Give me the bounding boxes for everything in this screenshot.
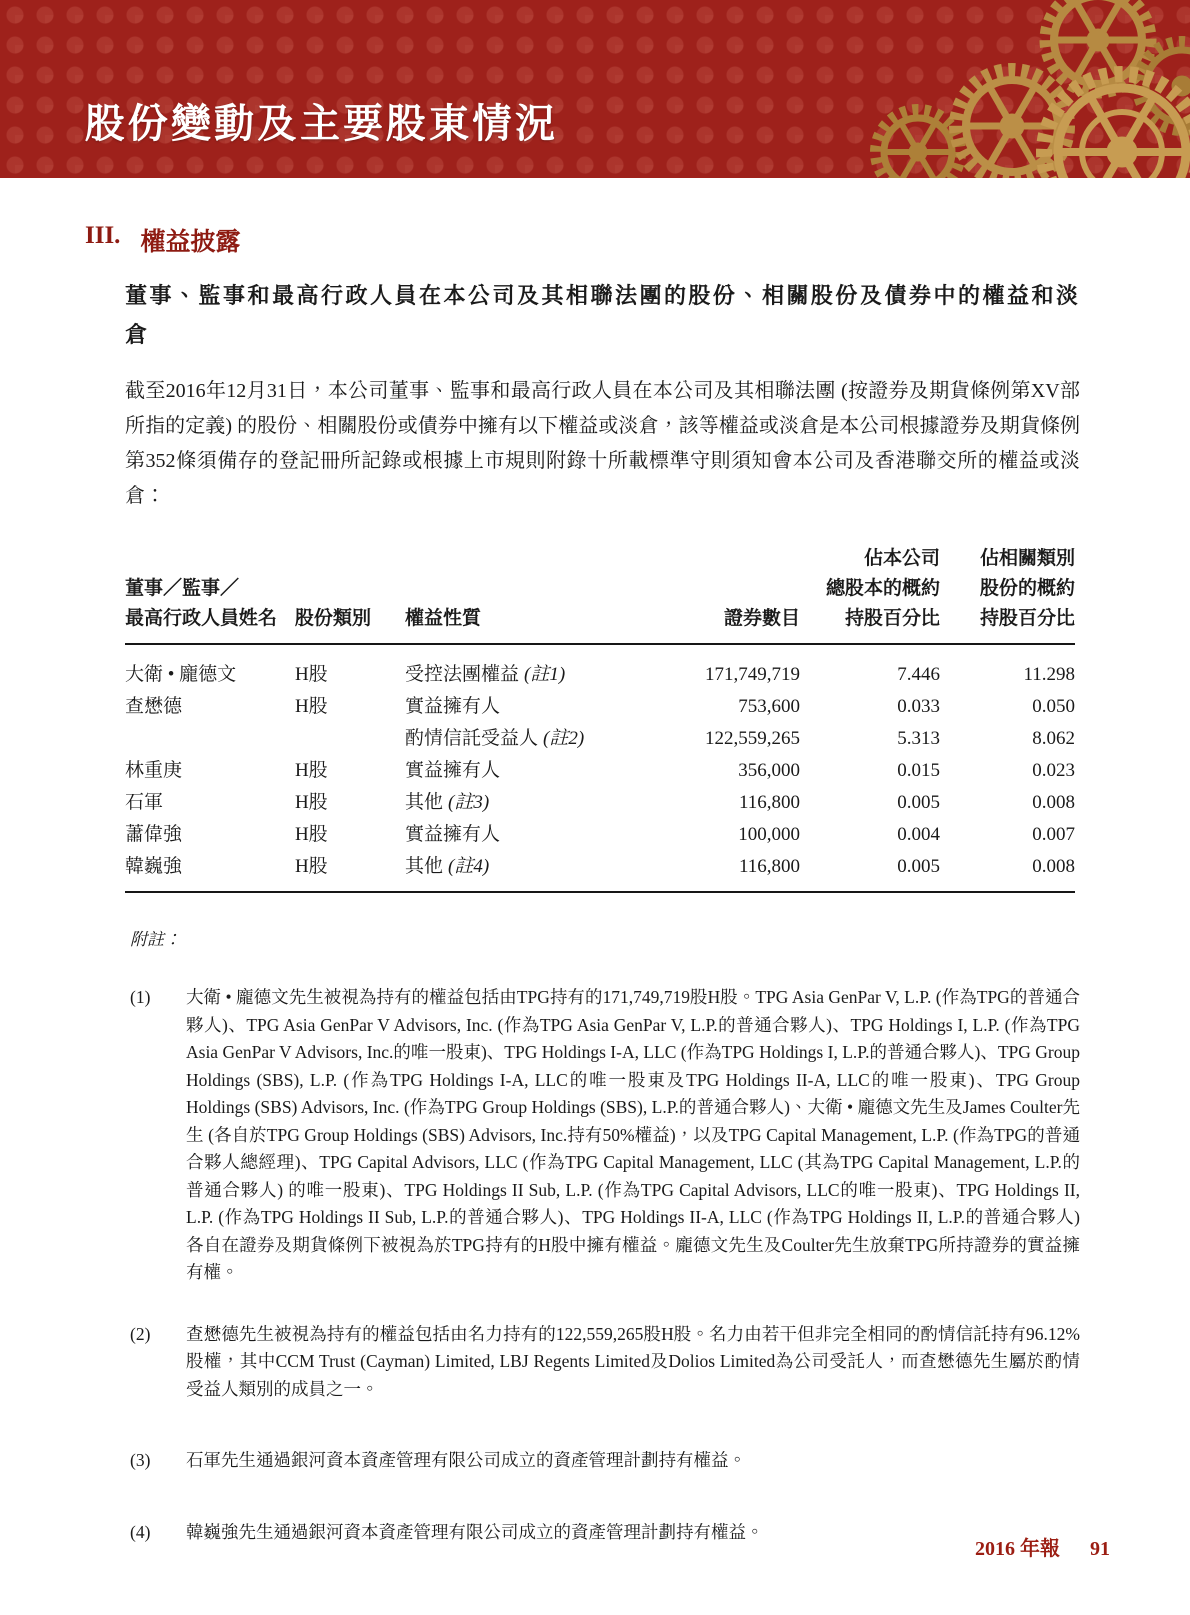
pct-company: 0.033: [800, 691, 940, 723]
director-name: 蕭偉強: [125, 819, 295, 851]
notes-label: 附註：: [130, 925, 1190, 950]
note-marker: (1): [130, 984, 186, 1287]
note-text: 石軍先生通過銀河資本資產管理有限公司成立的資產管理計劃持有權益。: [186, 1447, 1080, 1475]
pct-class: 8.062: [940, 723, 1075, 755]
share-class: H股: [295, 787, 405, 819]
securities-count: 100,000: [660, 819, 800, 851]
note-item-1: (1) 大衛 • 龐德文先生被視為持有的權益包括由TPG持有的171,749,7…: [130, 984, 1080, 1287]
note-text: 大衛 • 龐德文先生被視為持有的權益包括由TPG持有的171,749,719股H…: [186, 984, 1080, 1287]
col-header-share-class: 股份類別: [295, 544, 405, 644]
section-heading: III. 權益披露: [85, 222, 1190, 258]
director-name: 查懋德: [125, 691, 295, 723]
report-year-label: 2016 年報: [975, 1532, 1060, 1561]
note-marker: (3): [130, 1447, 186, 1475]
table-row: 林重庚 H股 實益擁有人 356,000 0.015 0.023: [125, 755, 1075, 787]
director-name: 韓巍強: [125, 851, 295, 892]
pct-class: 0.008: [940, 851, 1075, 892]
page-banner: 股份變動及主要股東情況: [0, 0, 1190, 178]
table-row: 蕭偉強 H股 實益擁有人 100,000 0.004 0.007: [125, 819, 1075, 851]
table-row: 石軍 H股 其他(註3) 116,800 0.005 0.008: [125, 787, 1075, 819]
pct-class: 0.050: [940, 691, 1075, 723]
pct-class: 11.298: [940, 644, 1075, 691]
gears-icon: [860, 0, 1190, 178]
share-class: H股: [295, 819, 405, 851]
interest-nature: 酌情信託受益人(註2): [405, 723, 660, 755]
table-row: 韓巍強 H股 其他(註4) 116,800 0.005 0.008: [125, 851, 1075, 892]
annual-report-page: 股份變動及主要股東情況 III. 權益披露 董事、監事和最高行政人員在本公司及其…: [0, 0, 1190, 1615]
note-marker: (2): [130, 1321, 186, 1404]
col-header-name: 董事／監事／ 最高行政人員姓名: [125, 544, 295, 644]
pct-company: 0.005: [800, 787, 940, 819]
securities-count: 116,800: [660, 787, 800, 819]
director-name: 林重庚: [125, 755, 295, 787]
interest-nature: 實益擁有人: [405, 755, 660, 787]
note-marker: (4): [130, 1519, 186, 1547]
interest-nature: 實益擁有人: [405, 691, 660, 723]
share-class: [295, 723, 405, 755]
section-subtitle: 董事、監事和最高行政人員在本公司及其相聯法團的股份、相關股份及債券中的權益和淡倉: [125, 276, 1080, 354]
director-name: 大衛 • 龐德文: [125, 644, 295, 691]
holdings-table: 董事／監事／ 最高行政人員姓名 股份類別 權益性質 證券數目 佔本公司 總股本的…: [125, 544, 1075, 893]
securities-count: 116,800: [660, 851, 800, 892]
pct-company: 0.004: [800, 819, 940, 851]
pct-class: 0.007: [940, 819, 1075, 851]
pct-company: 5.313: [800, 723, 940, 755]
share-class: H股: [295, 851, 405, 892]
interest-nature: 受控法團權益(註1): [405, 644, 660, 691]
securities-count: 753,600: [660, 691, 800, 723]
securities-count: 356,000: [660, 755, 800, 787]
note-text: 查懋德先生被視為持有的權益包括由名力持有的122,559,265股H股。名力由若…: [186, 1321, 1080, 1404]
pct-company: 7.446: [800, 644, 940, 691]
note-text: 韓巍強先生通過銀河資本資產管理有限公司成立的資產管理計劃持有權益。: [186, 1519, 1080, 1547]
note-item-2: (2) 查懋德先生被視為持有的權益包括由名力持有的122,559,265股H股。…: [130, 1321, 1080, 1404]
note-ref: (註3): [448, 792, 489, 813]
interest-nature: 其他(註4): [405, 851, 660, 892]
section-number: III.: [85, 222, 120, 258]
col-header-pct-company: 佔本公司 總股本的概約 持股百分比: [800, 544, 940, 644]
pct-class: 0.008: [940, 787, 1075, 819]
col-header-nature: 權益性質: [405, 544, 660, 644]
table-row: 查懋德 H股 實益擁有人 753,600 0.033 0.050: [125, 691, 1075, 723]
securities-count: 122,559,265: [660, 723, 800, 755]
page-title: 股份變動及主要股東情況: [85, 100, 558, 148]
page-number: 91: [1090, 1538, 1110, 1561]
col-header-securities: 證券數目: [660, 544, 800, 644]
share-class: H股: [295, 755, 405, 787]
note-ref: (註2): [543, 728, 584, 749]
note-item-4: (4) 韓巍強先生通過銀河資本資產管理有限公司成立的資產管理計劃持有權益。: [130, 1519, 1080, 1547]
interest-nature: 其他(註3): [405, 787, 660, 819]
director-name: [125, 723, 295, 755]
table-row: 酌情信託受益人(註2) 122,559,265 5.313 8.062: [125, 723, 1075, 755]
pct-company: 0.015: [800, 755, 940, 787]
share-class: H股: [295, 644, 405, 691]
table-header-row: 董事／監事／ 最高行政人員姓名 股份類別 權益性質 證券數目 佔本公司 總股本的…: [125, 544, 1075, 644]
pct-class: 0.023: [940, 755, 1075, 787]
col-header-pct-class: 佔相關類別 股份的概約 持股百分比: [940, 544, 1075, 644]
note-ref: (註1): [524, 664, 565, 685]
interest-nature: 實益擁有人: [405, 819, 660, 851]
intro-paragraph: 截至2016年12月31日，本公司董事、監事和最高行政人員在本公司及其相聯法團 …: [125, 374, 1080, 514]
director-name: 石軍: [125, 787, 295, 819]
pct-company: 0.005: [800, 851, 940, 892]
table-row: 大衛 • 龐德文 H股 受控法團權益(註1) 171,749,719 7.446…: [125, 644, 1075, 691]
securities-count: 171,749,719: [660, 644, 800, 691]
page-footer: 2016 年報 91: [975, 1532, 1110, 1561]
share-class: H股: [295, 691, 405, 723]
section-title: 權益披露: [140, 222, 240, 258]
note-ref: (註4): [448, 856, 489, 877]
note-item-3: (3) 石軍先生通過銀河資本資產管理有限公司成立的資產管理計劃持有權益。: [130, 1447, 1080, 1475]
